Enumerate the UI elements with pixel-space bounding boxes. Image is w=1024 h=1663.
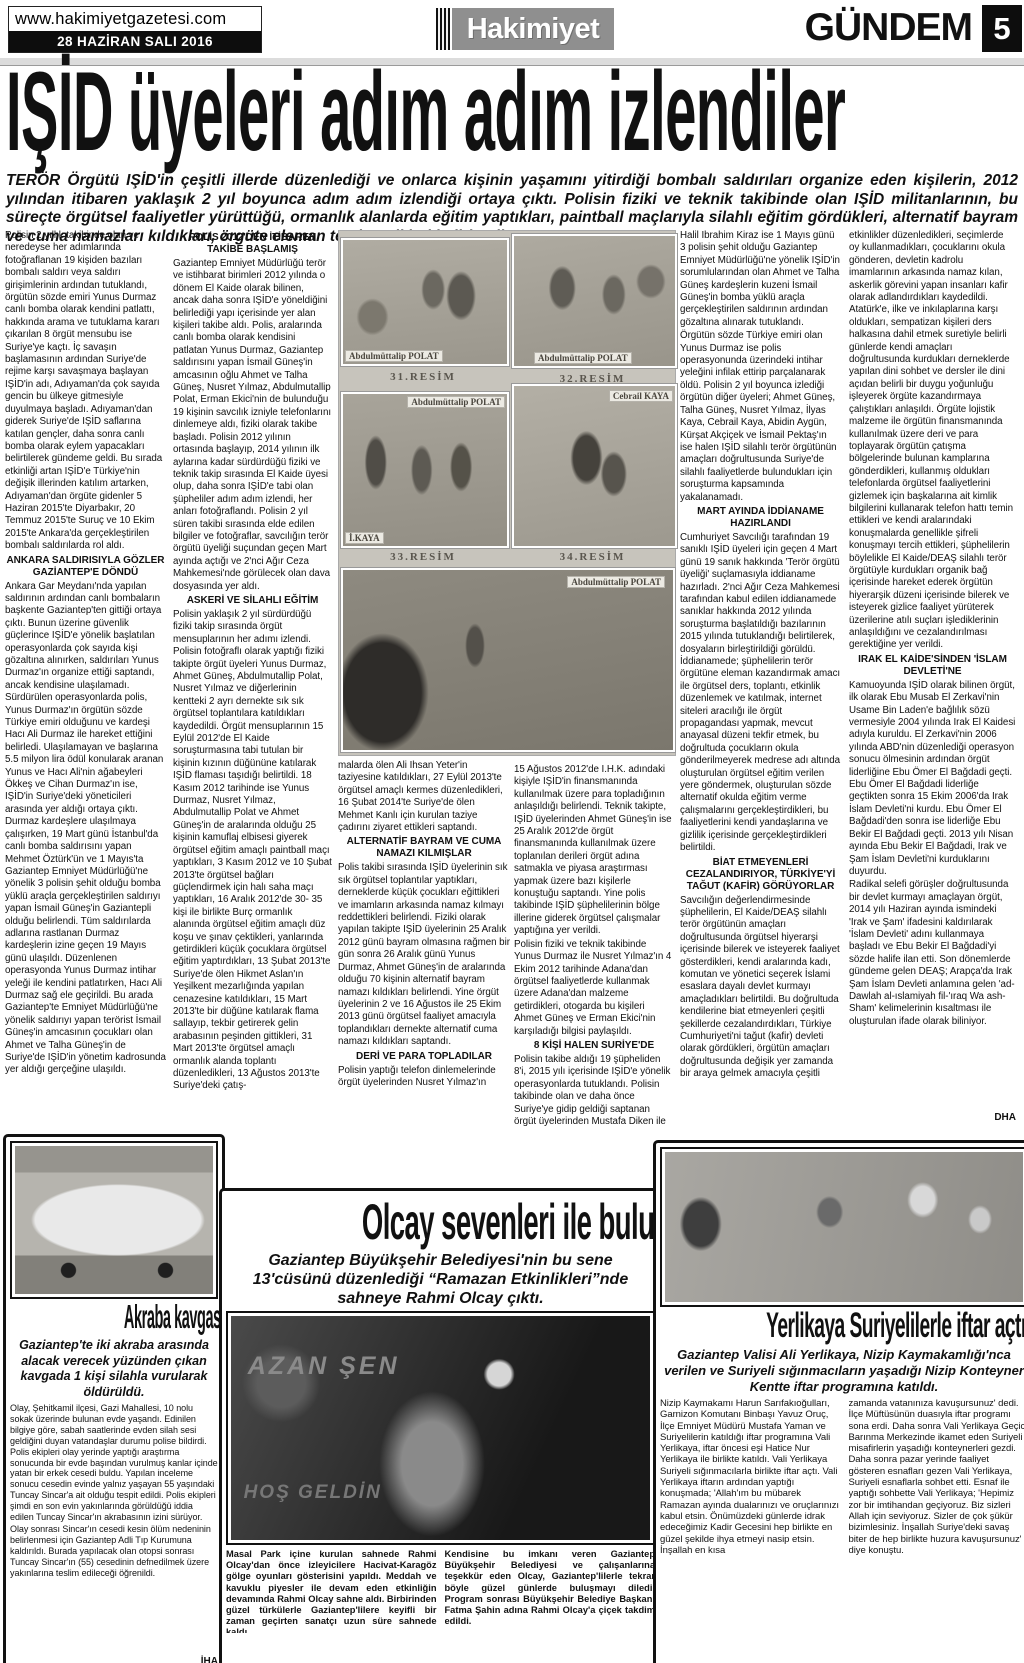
column-paragraph: Polisin takibe aldığı 19 şüpheliden 8'i,… [514,1054,674,1128]
surveillance-photo-33-image: Abdulmüttalip POLAT İ.KAYA [343,394,507,546]
column-paragraph: Polis takibi sırasında IŞİD üyelerinin s… [338,862,510,1048]
column-subhead: ASKERİ VE SİLAHLI EĞİTİM [173,595,332,607]
surveillance-photo-32-image: Abdulmüttalip POLAT [514,236,675,366]
column-paragraph: Polisin 2 yıllık takibinde olan ve nered… [5,230,166,553]
akraba-headline: Akraba kavgasında can aldı [10,1299,218,1335]
newspaper-page: www.hakimiyetgazetesi.com 28 HAZİRAN SAL… [0,0,1024,1663]
column-paragraph: malarda ölen Ali İhsan Yeter'in taziyesi… [338,760,510,834]
column-subhead: DERİ VE PARA TOPLADILAR [338,1051,510,1063]
column-paragraph: Polisin fiziki ve teknik takibinde Yunus… [514,939,674,1038]
column-paragraph: Olay, Şehitkamil ilçesi, Gazi Mahallesi,… [10,1403,218,1523]
surveillance-photo-31: Abdulmüttalip POLAT [340,237,510,367]
column-subhead: ALTERNATİF BAYRAM VE CUMA NAMAZI KILMIŞL… [338,836,510,860]
website-url: www.hakimiyetgazetesi.com [9,7,261,31]
column-paragraph: etkinlikler düzenledikleri, seçimlerde o… [849,230,1016,652]
main-headline-text: IŞİD üyeleri adım adım izlendiler [6,60,845,164]
olcay-headline-text: Olcay sevenleri ile buluştu [362,1195,694,1249]
yerlikaya-lead: Gaziantep Valisi Ali Yerlikaya, Nizip Ka… [664,1347,1024,1395]
olcay-subhead: Gaziantep Büyükşehir Belediyesi'nin bu s… [232,1251,649,1308]
stage-banner-text: AZAN ŞEN [248,1352,400,1381]
main-article-agency: DHA [849,1112,1016,1123]
yerlikaya-column-right: zamanda vatanınıza kavuşursunuz' dedi. İ… [849,1398,1024,1644]
site-box: www.hakimiyetgazetesi.com 28 HAZİRAN SAL… [8,6,262,53]
stage-banner-text: HOŞ GELDİN [244,1482,382,1504]
column-paragraph: Ankara Gar Meydanı'nda yapılan saldırını… [5,581,166,1077]
article-column-5: Halil İbrahim Kiraz ise 1 Mayıs günü 3 p… [680,230,841,1128]
column-subhead: ANKARA SALDIRISIYLA GÖZLER GAZİANTEP'E D… [5,555,166,579]
article-column-4: 15 Ağustos 2012'de İ.H.K. adındaki kişiy… [514,764,674,1128]
column-paragraph: Örgütün sözde Türkiye emiri olan Yunus D… [680,330,841,504]
yerlikaya-headline: Yerlikaya Suriyelilerle iftar açtı [660,1307,1024,1345]
column-paragraph: Radikal selefi görüşler doğrultusunda bi… [849,879,1016,1028]
column-paragraph: Savcılığın değerlendirmesinde şüpheliler… [680,895,841,1081]
akraba-lead: Gaziantep'te iki akraba arasında alacak … [12,1338,216,1400]
surveillance-photo-32: Abdulmüttalip POLAT [511,233,678,369]
column-paragraph: Gaziantep Emniyet Müdürlüğü terör ve ist… [173,258,332,593]
olcay-stage-photo: AZAN ŞEN HOŞ GELDİN [231,1316,650,1540]
photo-label: Abdulmüttalip POLAT [567,576,665,588]
main-headline: IŞİD üyeleri adım adım izlendiler [6,60,1020,166]
photo-caption: 31.RESİM [340,371,506,383]
photo-label: Abdulmüttalip POLAT [407,396,505,408]
column-subhead: IRAK EL KAİDE'SİNDEN 'İSLAM DEVLETİ'NE [849,654,1016,678]
article-column-1: Polisin 2 yıllık takibinde olan ve nered… [5,230,166,1128]
yerlikaya-column-left: Nizip Kaymakamı Harun Sarıfakıoğulları, … [660,1398,840,1644]
akraba-body: Olay, Şehitkamil ilçesi, Gazi Mahallesi,… [10,1403,218,1663]
article-column-6: etkinlikler düzenledikleri, seçimlerde o… [849,230,1016,1110]
column-paragraph: Polisin yaklaşık 2 yıl sürdürdüğü fiziki… [173,609,332,1093]
column-paragraph: 15 Ağustos 2012'de İ.H.K. adındaki kişiy… [514,764,674,938]
masthead-logo: Hakimiyet [452,8,614,50]
column-subhead: 8 KİŞİ HALEN SURİYE'DE [514,1040,674,1052]
page-number-badge: 5 [982,5,1022,52]
olcay-caption-right: Kendisine bu imkanı veren Gaziantep Büyü… [445,1549,656,1633]
surveillance-photo-wide: Abdulmüttalip POLAT [340,567,676,753]
surveillance-photo-34: Cebrail KAYA [511,383,678,549]
surveillance-photo-montage: Abdulmüttalip POLAT 31.RESİM Abdulmüttal… [338,230,676,756]
column-subhead: POLİS 2012'DEN İTİBAREN TAKİBE BAŞLAMIŞ [173,232,332,256]
surveillance-photo-wide-image: Abdulmüttalip POLAT [343,570,673,750]
olcay-captions: Masal Park içine kurulan sahnede Rahmi O… [226,1549,655,1633]
photo-caption: 33.RESİM [340,551,506,563]
surveillance-photo-34-image: Cebrail KAYA [514,386,675,546]
article-column-3: malarda ölen Ali İhsan Yeter'in taziyesi… [338,760,510,1128]
police-van-photo [15,1146,213,1294]
surveillance-photo-33: Abdulmüttalip POLAT İ.KAYA [340,391,510,549]
column-subhead: MART AYINDA İDDİANAME HAZIRLANDI [680,506,841,530]
surveillance-photo-31-image: Abdulmüttalip POLAT [343,240,507,364]
photo-caption: 34.RESİM [511,551,674,563]
article-column-2: POLİS 2012'DEN İTİBAREN TAKİBE BAŞLAMIŞG… [173,230,332,1128]
akraba-agency: İHA [10,1656,218,1663]
photo-label: Abdulmüttalip POLAT [534,352,632,364]
section-name: GÜNDEM [800,6,972,50]
photo-label: Cebrail KAYA [609,390,673,402]
olcay-story-box: Olcay sevenleri ile buluştu Gaziantep Bü… [219,1188,662,1663]
column-paragraph: Kamuoyunda IŞİD olarak bilinen örgüt, il… [849,680,1016,879]
akraba-story-box: Akraba kavgasında can aldı Gaziantep'te … [3,1134,225,1663]
photo-label: Abdulmüttalip POLAT [345,350,443,362]
yerlikaya-story-box: Yerlikaya Suriyelilerle iftar açtı Gazia… [653,1140,1024,1663]
column-paragraph: Olay sonrası Sincar'ın cesedi kesin ölüm… [10,1524,218,1579]
column-subhead: BİAT ETMEYENLERİ CEZALANDIRIYOR, TÜRKİYE… [680,857,841,893]
olcay-photo: AZAN ŞEN HOŞ GELDİN [226,1311,655,1545]
yerlikaya-photo [660,1147,1024,1307]
yerlikaya-columns: Nizip Kaymakamı Harun Sarıfakıoğulları, … [660,1398,1024,1644]
column-paragraph: Halil İbrahim Kiraz ise 1 Mayıs günü 3 p… [680,230,841,329]
column-paragraph: Polisin yaptığı telefon dinlemelerinde ö… [338,1065,510,1090]
olcay-caption-left: Masal Park içine kurulan sahnede Rahmi O… [226,1549,437,1633]
column-paragraph: Cumhuriyet Savcılığı tarafından 19 sanık… [680,532,841,855]
akraba-photo [10,1141,218,1299]
photo-label: İ.KAYA [345,532,384,544]
yerlikaya-headline-text: Yerlikaya Suriyelilerle iftar açtı [766,1307,1024,1345]
olcay-headline: Olcay sevenleri ile buluştu [226,1195,655,1249]
iftar-crowd-photo [665,1152,1023,1302]
masthead-barcode [436,8,450,50]
